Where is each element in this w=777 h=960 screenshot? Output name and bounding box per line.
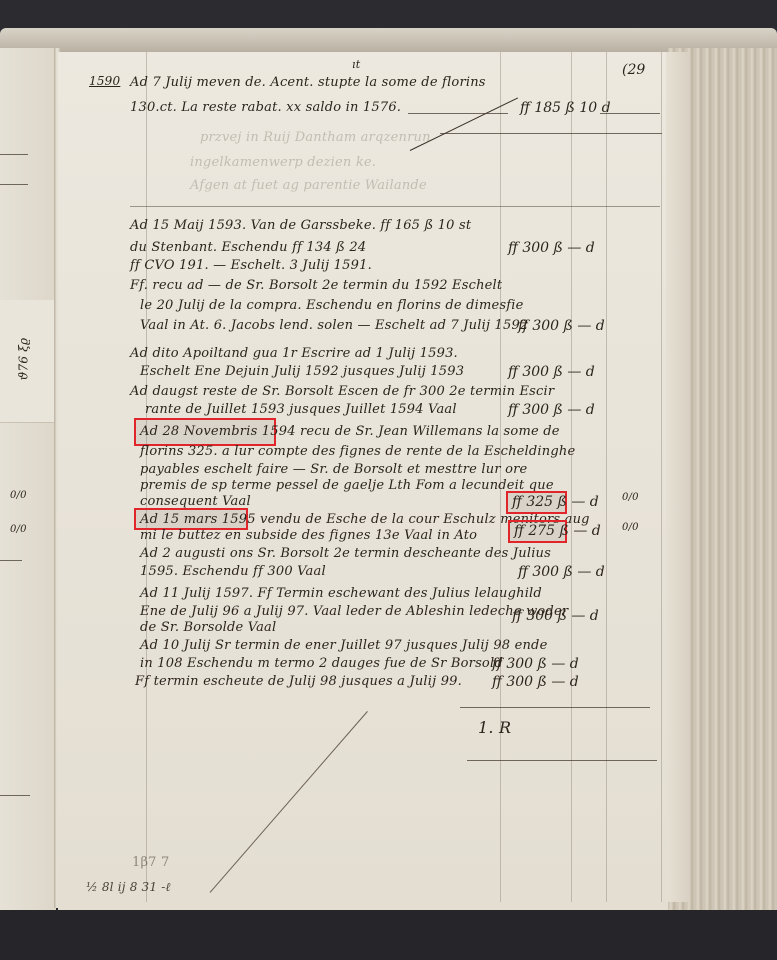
- left-page-fold: ϑ76 ξϱ: [0, 300, 60, 423]
- entry-amount: ff 300 ß — d: [492, 674, 579, 690]
- left-rule: [0, 795, 30, 796]
- entry-line: Ff termin escheute de Julij 98 jusques a…: [135, 674, 462, 689]
- entry-line: Ad 2 augusti ons Sr. Borsolt 2e termin d…: [140, 546, 551, 561]
- left-marginalia: ϑ76 ξϱ: [16, 338, 30, 381]
- entry-line: Ad daugst reste de Sr. Borsolt Escen de …: [130, 384, 554, 399]
- column-rule: [500, 52, 501, 902]
- entry-line: ff CVO 191. — Eschelt. 3 Julij 1591.: [130, 258, 372, 273]
- entry-line: premis de sp terme pessel de gaelje Lth …: [140, 478, 554, 493]
- left-fraction-2: 0/0: [10, 524, 27, 535]
- entry-line: 130.ct. La reste rabat. xx saldo in 1576…: [130, 100, 401, 115]
- bottom-marginalia: ½ 8l ij 8 31 -ℓ: [86, 880, 171, 895]
- entry-line: le 20 Julij de la compra. Eschendu en fl…: [140, 298, 524, 313]
- entry-line: du Stenbant. Eschendu ff 134 ß 24: [130, 240, 366, 255]
- left-rule: [0, 154, 28, 155]
- entry-amount: ff 300 ß — d: [508, 402, 595, 418]
- entry-amount: ff 325 ß — d: [512, 494, 599, 510]
- column-rule: [606, 52, 607, 902]
- entry-line: consequent Vaal: [140, 494, 251, 509]
- entry-line: rante de Juillet 1593 jusques Juillet 15…: [145, 402, 457, 417]
- left-fraction-1: 0/0: [10, 490, 27, 501]
- entry-extra: 0/0: [622, 492, 639, 503]
- page-edge-front: [666, 52, 690, 902]
- margin-rule: [146, 52, 147, 902]
- entry-line: mi le buttez en subside des fignes 13e V…: [140, 528, 477, 543]
- entry-extra: 0/0: [622, 522, 639, 533]
- entry-amount: ff 300 ß — d: [492, 656, 579, 672]
- closing-rule: [460, 707, 650, 708]
- section-rule: [130, 206, 660, 207]
- bleed-through-text: Afgen at fuet ag parentie Wailande: [190, 178, 427, 193]
- entry-amount: ff 300 ß — d: [512, 608, 599, 624]
- fill-line: [600, 113, 660, 114]
- entry-line: 1595. Eschendu ff 300 Vaal: [140, 564, 326, 579]
- closing-mark: 1. R: [478, 718, 511, 737]
- entry-line: Ad 10 Julij Sr termin de ener Juillet 97…: [140, 638, 547, 653]
- left-rule: [0, 560, 22, 561]
- entry-amount: ff 300 ß — d: [508, 364, 595, 380]
- entry-line: payables eschelt faire — Sr. de Borsolt …: [140, 462, 527, 477]
- entry-line: Ad dito Apoiltand gua 1r Escrire ad 1 Ju…: [130, 346, 458, 361]
- entry-line: florins 325. a lur compte des fignes de …: [140, 444, 575, 459]
- entry-line: Ad 15 Maij 1593. Van de Garssbeke. ff 16…: [130, 218, 471, 233]
- bottom-faint-numbers: 1β7 7: [132, 855, 169, 870]
- book-top-edge: [0, 28, 777, 54]
- entry-amount: ff 275 ß — d: [514, 523, 601, 539]
- margin-year: 1590: [89, 74, 120, 88]
- entry-amount: ff 300 ß — d: [518, 318, 605, 334]
- left-page: [0, 48, 56, 910]
- column-rule: [661, 52, 662, 902]
- section-rule: [440, 133, 662, 134]
- entry-amount: ff 300 ß — d: [508, 240, 595, 256]
- left-rule: [0, 184, 28, 185]
- entry-line: Ene de Julij 96 a Julij 97. Vaal leder d…: [140, 604, 568, 619]
- closing-rule: [467, 760, 657, 761]
- bleed-through-text: przvej in Ruij Dantham arqzenrun: [200, 130, 431, 145]
- bleed-through-text: ingelkamenwerp dezien ke.: [190, 155, 376, 170]
- entry-line: Vaal in At. 6. Jacobs lend. solen — Esch…: [140, 318, 528, 333]
- entry-amount: ff 185 ß 10 d: [520, 100, 611, 116]
- page-number: (29: [622, 62, 645, 78]
- entry-line: de Sr. Borsolde Vaal: [140, 620, 276, 635]
- header-mark: ıt: [352, 58, 360, 71]
- entry-line: Ad 11 Julij 1597. Ff Termin eschewant de…: [140, 586, 542, 601]
- entry-line: Ad 28 Novembris 1594 recu de Sr. Jean Wi…: [140, 424, 560, 439]
- entry-line: Eschelt Ene Dejuin Julij 1592 jusques Ju…: [140, 364, 464, 379]
- entry-amount: ff 300 ß — d: [518, 564, 605, 580]
- column-rule: [571, 52, 572, 902]
- entry-line: Ad 7 Julij meven de. Acent. stupte la so…: [130, 75, 486, 90]
- page-number-value: 29: [627, 62, 645, 78]
- entry-line: Ff. recu ad — de Sr. Borsolt 2e termin d…: [130, 278, 502, 293]
- entry-line: in 108 Eschendu m termo 2 dauges fue de …: [140, 656, 503, 671]
- fill-line: [408, 113, 508, 114]
